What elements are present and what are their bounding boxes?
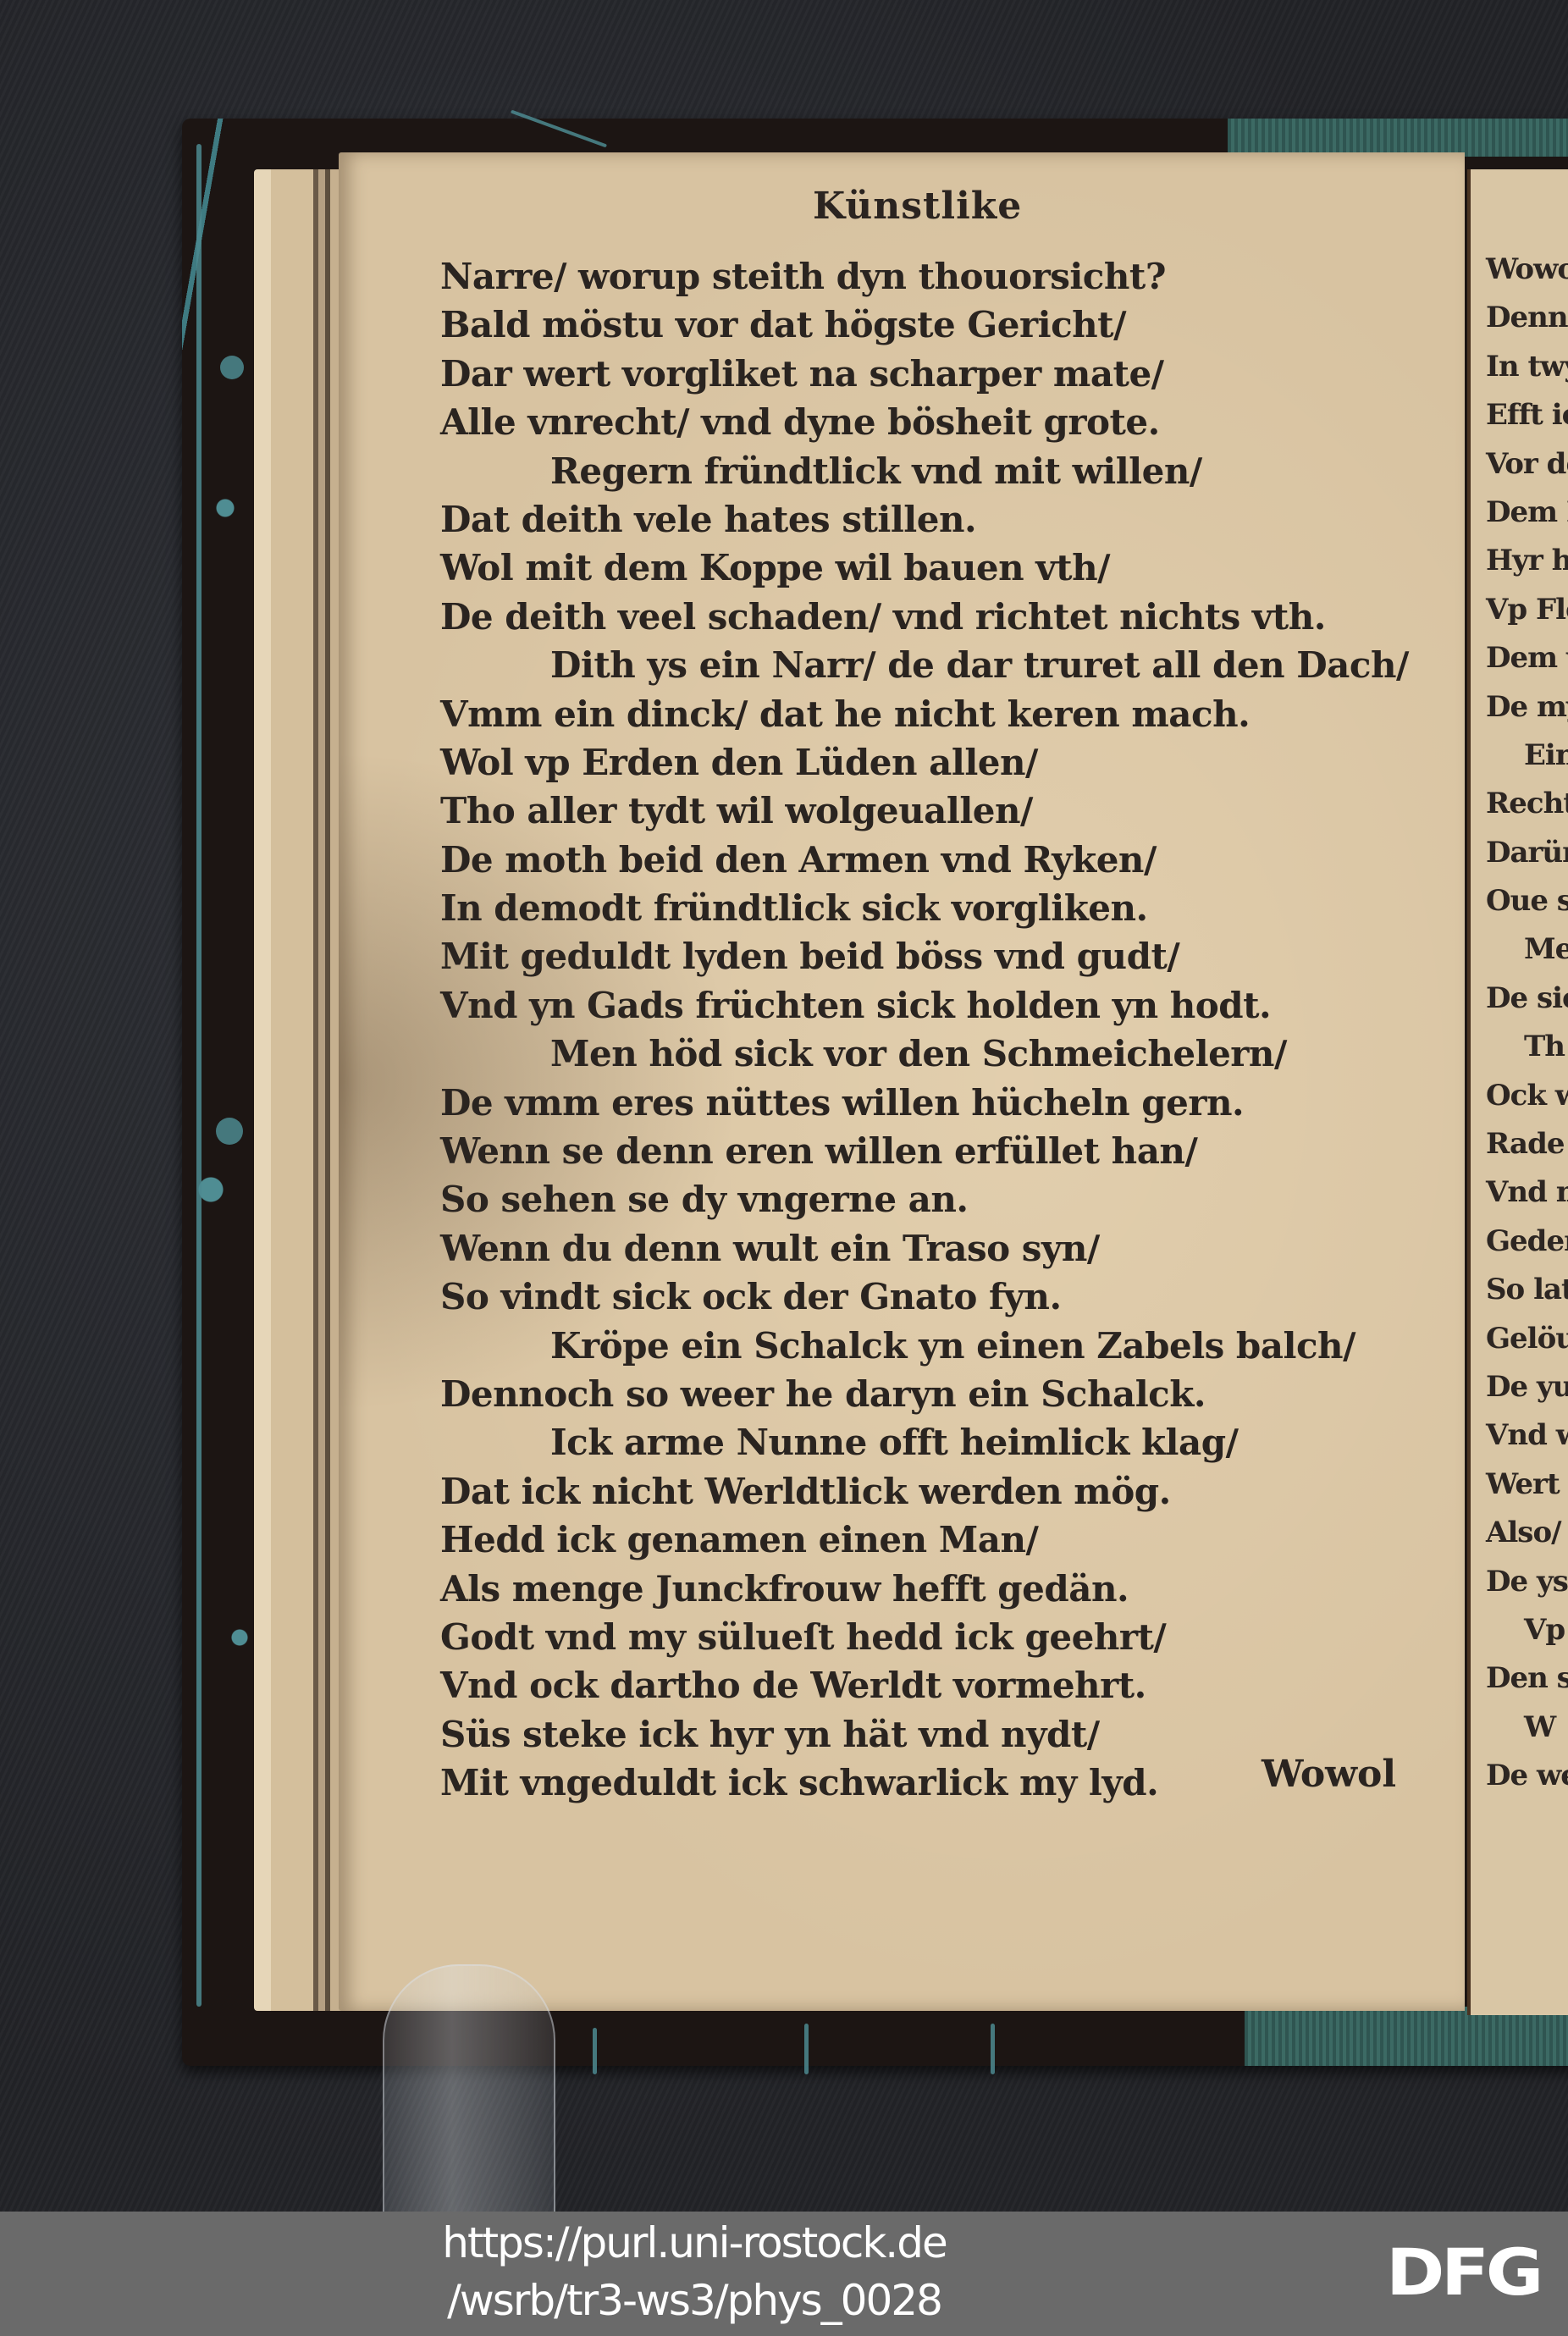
verse-line: Als menge Junckfrouw hefft gedän. bbox=[440, 1565, 1456, 1613]
verse-line: Wenn du denn wult ein Traso syn/ bbox=[440, 1224, 1456, 1273]
right-verse-line: Ock wo bbox=[1486, 1072, 1568, 1120]
right-verse-line: De sick b bbox=[1486, 975, 1568, 1023]
right-page-fragment: Wowol m Dennoch In twyuel Efft ick G Vor… bbox=[1467, 169, 1568, 2015]
right-verse-line: Efft ick G bbox=[1486, 391, 1568, 439]
marble-vein bbox=[991, 2024, 995, 2074]
right-verse-line: Wowol m bbox=[1486, 246, 1568, 294]
right-verse-line: Vnd wo bbox=[1486, 1411, 1568, 1460]
right-verse-line: Dem wün bbox=[1486, 634, 1568, 682]
dfg-logo: DFG bbox=[1386, 2244, 1563, 2301]
right-verse-line-indented: Vp bbox=[1486, 1606, 1568, 1654]
right-verse-line: Oue sick y bbox=[1486, 877, 1568, 925]
marble-vein bbox=[220, 356, 244, 379]
verse-line: De deith veel schaden/ vnd richtet nicht… bbox=[440, 593, 1456, 641]
verse-line-indented: Regern fründtlick vnd mit willen/ bbox=[440, 447, 1456, 495]
catchword: Wowol bbox=[1262, 1753, 1396, 1796]
marble-vein bbox=[804, 2024, 809, 2074]
verse-line: Wol vp Erden den Lüden allen/ bbox=[440, 738, 1456, 787]
verse-line: Dar wert vorgliket na scharper mate/ bbox=[440, 350, 1456, 398]
right-verse-line: Darümm bbox=[1486, 829, 1568, 877]
permalink-line-1[interactable]: https://purl.uni-rostock.de bbox=[0, 2218, 1389, 2267]
verse-line: De moth beid den Armen vnd Ryken/ bbox=[440, 836, 1456, 884]
verse-line: Vnd yn Gads früchten sick holden yn hodt… bbox=[440, 981, 1456, 1030]
right-verse-line: So lath bbox=[1486, 1266, 1568, 1314]
verse-line-indented: Men höd sick vor den Schmeichelern/ bbox=[440, 1030, 1456, 1078]
marble-vein bbox=[216, 1118, 243, 1145]
verse-line: Vnd ock dartho de Werldt vormehrt. bbox=[440, 1661, 1456, 1709]
right-verse-line-indented: Me bbox=[1486, 925, 1568, 974]
page-block-edges bbox=[254, 169, 347, 2011]
verse-line: So vindt sick ock der Gnato fyn. bbox=[440, 1273, 1456, 1321]
verse-line: Vmm ein dinck/ dat he nicht keren mach. bbox=[440, 690, 1456, 738]
right-verse-line: De ys oc bbox=[1486, 1558, 1568, 1606]
permalink-line-2[interactable]: /wsrb/tr3-ws3/phys_0028 bbox=[0, 2276, 1389, 2325]
right-verse-line: In twyuel bbox=[1486, 343, 1568, 391]
marble-vein bbox=[196, 144, 202, 2007]
running-head: Künstlike bbox=[813, 185, 1022, 228]
verse-line: Bald möstu vor dat högste Gericht/ bbox=[440, 301, 1456, 349]
right-page-lines: Wowol m Dennoch In twyuel Efft ick G Vor… bbox=[1486, 246, 1568, 1801]
right-verse-line: Rade ich bbox=[1486, 1120, 1568, 1168]
verse-line: De vmm eres nüttes willen hücheln gern. bbox=[440, 1079, 1456, 1127]
verse-line: Dat deith vele hates stillen. bbox=[440, 495, 1456, 544]
verse-line: Dat ick nicht Werldtlick werden mög. bbox=[440, 1467, 1456, 1516]
verse-line: Narre/ worup steith dyn thouorsicht? bbox=[440, 252, 1456, 301]
verse-line-indented: Kröpe ein Schalck yn einen Zabels balch/ bbox=[440, 1322, 1456, 1370]
marble-vein bbox=[593, 2028, 597, 2074]
right-verse-line-indented: Th bbox=[1486, 1023, 1568, 1071]
verse-line: Dennoch so weer he daryn ein Schalck. bbox=[440, 1370, 1456, 1418]
right-verse-line: De my he bbox=[1486, 683, 1568, 732]
spine-cloth-bottom bbox=[1245, 2007, 1568, 2066]
right-verse-line: Dennoch bbox=[1486, 294, 1568, 342]
verse-text: Narre/ worup steith dyn thouorsicht? Bal… bbox=[440, 252, 1456, 1808]
right-verse-line: De wer bbox=[1486, 1752, 1568, 1800]
spine-cloth-top bbox=[1228, 119, 1568, 157]
right-verse-line: Also/ wo bbox=[1486, 1509, 1568, 1557]
right-verse-line: Vnd mo bbox=[1486, 1168, 1568, 1217]
right-verse-line: Gelöue/ bbox=[1486, 1315, 1568, 1363]
plastic-page-holder bbox=[383, 1964, 555, 2213]
verse-line: Tho aller tydt wil wolgeuallen/ bbox=[440, 787, 1456, 835]
verse-line-indented: Ick arme Nunne offt heimlick klag/ bbox=[440, 1418, 1456, 1466]
verse-line: Süs steke ick hyr yn hät vnd nydt/ bbox=[440, 1710, 1456, 1759]
verse-line: Mit geduldt lyden beid böss vnd gudt/ bbox=[440, 932, 1456, 980]
verse-line-indented: Dith ys ein Narr/ de dar truret all den … bbox=[440, 641, 1456, 689]
right-verse-line: Vor der N bbox=[1486, 440, 1568, 489]
verse-line: Wenn se denn eren willen erfüllet han/ bbox=[440, 1127, 1456, 1175]
verse-line: In demodt fründtlick sick vorgliken. bbox=[440, 884, 1456, 932]
right-verse-line: Gedenck/ bbox=[1486, 1218, 1568, 1266]
verse-line: Wol mit dem Koppe wil bauen vth/ bbox=[440, 544, 1456, 592]
right-verse-line: Wert of bbox=[1486, 1461, 1568, 1509]
right-verse-line: Hyr hebb bbox=[1486, 537, 1568, 585]
verse-line: Hedd ick genamen einen Man/ bbox=[440, 1516, 1456, 1564]
verse-line: So sehen se dy vngerne an. bbox=[440, 1175, 1456, 1223]
verse-line: Godt vnd my sülueſt hedd ick geehrt/ bbox=[440, 1613, 1456, 1661]
right-verse-line: Recht ber bbox=[1486, 780, 1568, 828]
right-verse-line-indented: W bbox=[1486, 1704, 1568, 1752]
right-verse-line: Den söl bbox=[1486, 1654, 1568, 1703]
verse-line: Alle vnrecht/ vnd dyne bösheit grote. bbox=[440, 398, 1456, 446]
right-verse-line: Dem Düu bbox=[1486, 489, 1568, 537]
right-verse-line: Vp Flesch bbox=[1486, 586, 1568, 634]
right-verse-line: De yung bbox=[1486, 1363, 1568, 1411]
right-verse-line-indented: Ein bbox=[1486, 732, 1568, 780]
